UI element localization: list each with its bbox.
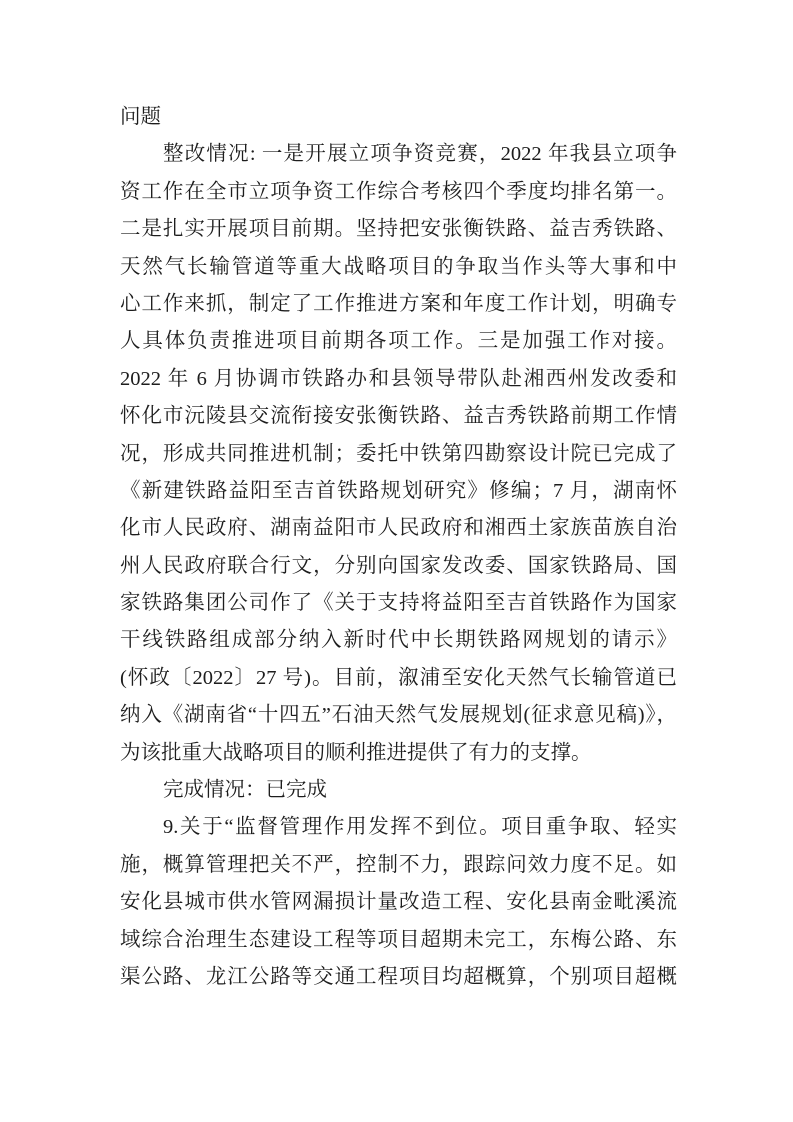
document-body: 问题整改情况: 一是开展立项争资竞赛，2022 年我县立项争资工作在全市立项争资… (120, 99, 677, 996)
text-line: 完成情况：已完成 (120, 772, 677, 809)
document-page: 问题整改情况: 一是开展立项争资竞赛，2022 年我县立项争资工作在全市立项争资… (0, 0, 793, 1122)
text-line: 为该批重大战略项目的顺利推进提供了有力的支撑。 (120, 735, 677, 772)
text-line: 渠公路、龙江公路等交通工程项目均超概算，个别项目超概 (120, 959, 677, 996)
text-line: 怀化市沅陵县交流衔接安张衡铁路、益吉秀铁路前期工作情 (120, 398, 677, 435)
text-line: 2022 年 6 月协调市铁路办和县领导带队赴湘西州发改委和 (120, 361, 677, 398)
text-line: 《新建铁路益阳至吉首铁路规划研究》修编；7 月，湖南怀 (120, 473, 677, 510)
text-line: 施，概算管理把关不严，控制不力，跟踪问效力度不足。如 (120, 847, 677, 884)
text-line: 资工作在全市立项争资工作综合考核四个季度均排名第一。 (120, 174, 677, 211)
text-line: 况，形成共同推进机制；委托中铁第四勘察设计院已完成了 (120, 436, 677, 473)
text-line: 安化县城市供水管网漏损计量改造工程、安化县南金毗溪流 (120, 884, 677, 921)
text-line: 家铁路集团公司作了《关于支持将益阳至吉首铁路作为国家 (120, 585, 677, 622)
text-line: 域综合治理生态建设工程等项目超期未完工，东梅公路、东 (120, 922, 677, 959)
text-line: 干线铁路组成部分纳入新时代中长期铁路网规划的请示》 (120, 622, 677, 659)
text-line: 化市人民政府、湖南益阳市人民政府和湘西土家族苗族自治 (120, 510, 677, 547)
text-line: 州人民政府联合行文，分别向国家发改委、国家铁路局、国 (120, 548, 677, 585)
text-line: 心工作来抓，制定了工作推进方案和年度工作计划，明确专 (120, 286, 677, 323)
text-line: 天然气长输管道等重大战略项目的争取当作头等大事和中 (120, 249, 677, 286)
text-line: 人具体负责推进项目前期各项工作。三是加强工作对接。 (120, 323, 677, 360)
text-line: 二是扎实开展项目前期。坚持把安张衡铁路、益吉秀铁路、 (120, 211, 677, 248)
text-line: 纳入《湖南省“十四五”石油天然气发展规划(征求意见稿)》， (120, 697, 677, 734)
text-line: 9.关于“监督管理作用发挥不到位。项目重争取、轻实 (120, 809, 677, 846)
text-line: 整改情况: 一是开展立项争资竞赛，2022 年我县立项争 (120, 136, 677, 173)
text-line: (怀政〔2022〕27 号)。目前，溆浦至安化天然气长输管道已 (120, 660, 677, 697)
text-line: 问题 (120, 99, 677, 136)
